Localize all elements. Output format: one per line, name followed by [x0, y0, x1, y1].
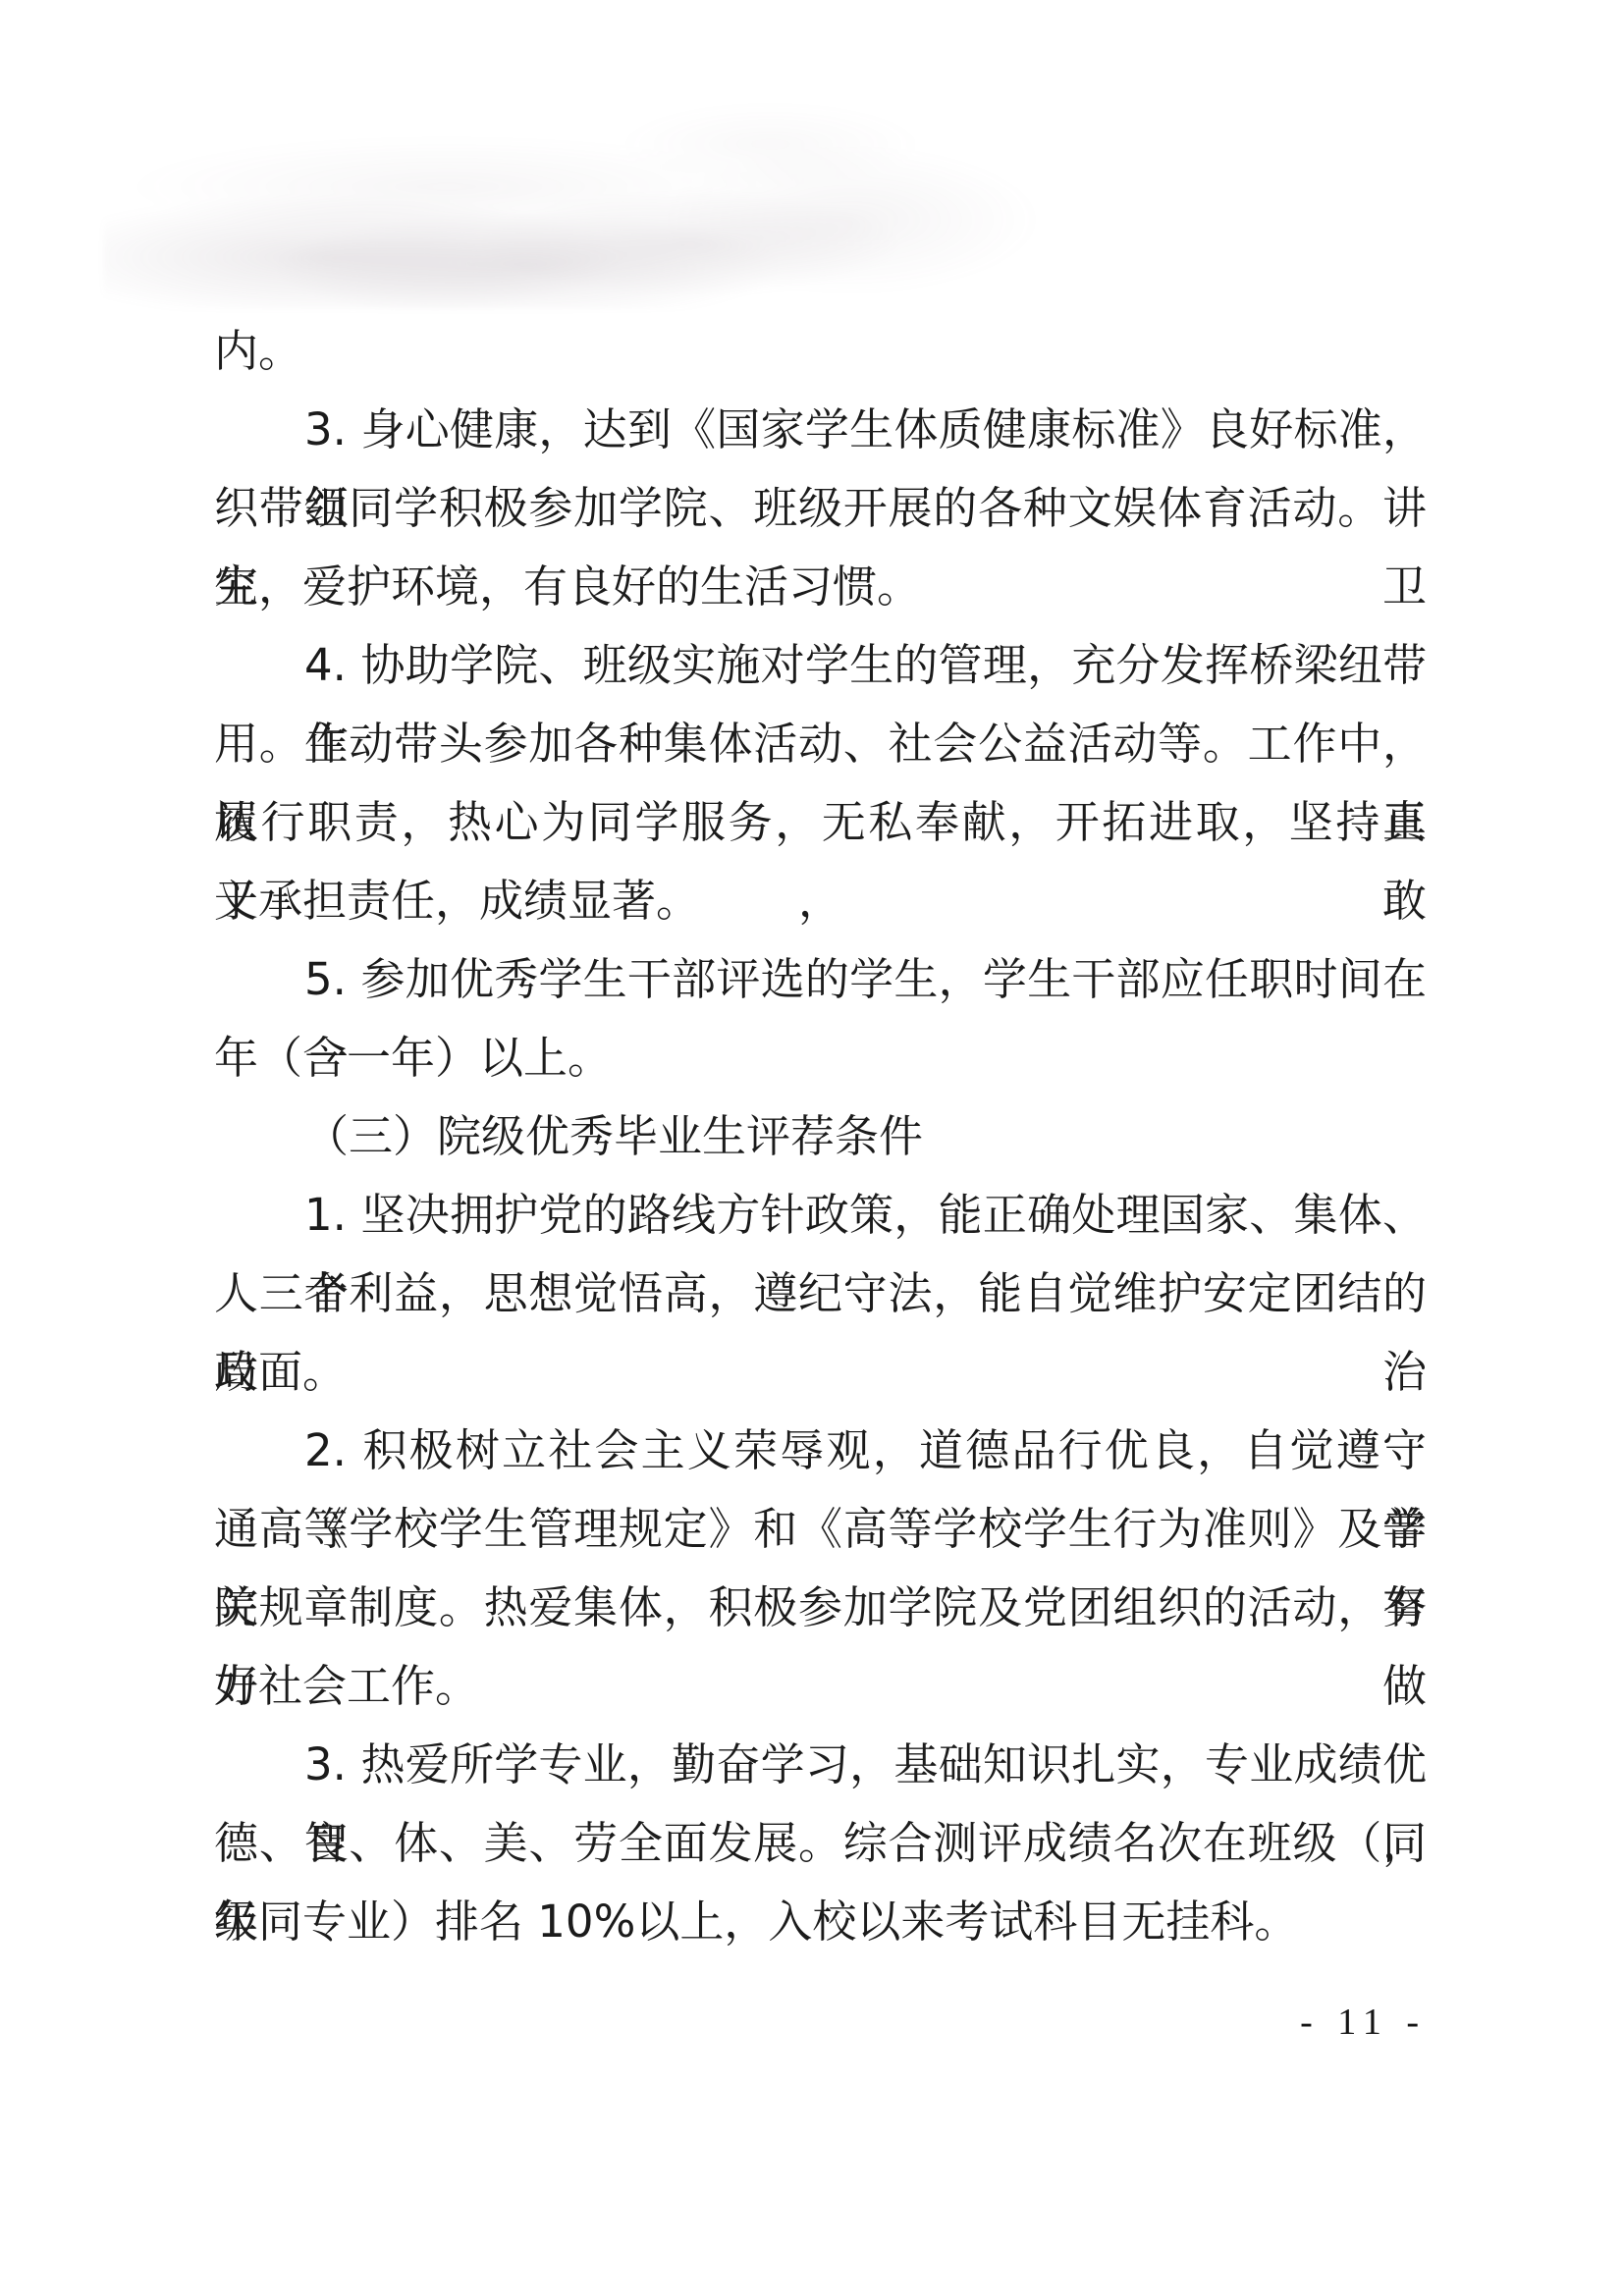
text-line: 3. 热爱所学专业，勤奋学习，基础知识扎实，专业成绩优良，: [214, 1726, 1427, 1804]
text-line: 履行职责，热心为同学服务，无私奉献，开拓进取，坚持正义，敢: [214, 783, 1427, 862]
text-line: 关规章制度。热爱集体，积极参加学院及党团组织的活动，努力做: [214, 1569, 1427, 1647]
text-line: 5. 参加优秀学生干部评选的学生，学生干部应任职时间在一: [214, 940, 1427, 1019]
page-number: - 11 -: [1300, 2001, 1427, 2044]
document-body: 内。3. 身心健康，达到《国家学生体质健康标准》良好标准，组织带领同学积极参加学…: [214, 312, 1427, 1961]
text-line: 德、智、体、美、劳全面发展。综合测评成绩名次在班级（同年: [214, 1804, 1427, 1883]
text-line: 2. 积极树立社会主义荣辱观，道德品行优良，自觉遵守《普: [214, 1412, 1427, 1490]
text-line: 通高等学校学生管理规定》和《高等学校学生行为准则》及学院有: [214, 1490, 1427, 1569]
text-line: 织带领同学积极参加学院、班级开展的各种文娱体育活动。讲究卫: [214, 469, 1427, 548]
scanned-document-page: 内。3. 身心健康，达到《国家学生体质健康标准》良好标准，组织带领同学积极参加学…: [0, 0, 1623, 2296]
text-line: 1. 坚决拥护党的路线方针政策，能正确处理国家、集体、个: [214, 1176, 1427, 1255]
text-line: 4. 协助学院、班级实施对学生的管理，充分发挥桥梁纽带作: [214, 626, 1427, 705]
text-line: （三）院级优秀毕业生评荐条件: [214, 1097, 1427, 1176]
text-line: 3. 身心健康，达到《国家学生体质健康标准》良好标准，组: [214, 391, 1427, 469]
text-line: 级同专业）排名 10%以上，入校以来考试科目无挂科。: [214, 1883, 1427, 1961]
text-line: 年（含一年）以上。: [214, 1019, 1427, 1097]
text-line: 内。: [214, 312, 1427, 391]
text-line: 用。主动带头参加各种集体活动、社会公益活动等。工作中，认真: [214, 705, 1427, 783]
text-line: 人三者利益，思想觉悟高，遵纪守法，能自觉维护安定团结的政治: [214, 1255, 1427, 1333]
scan-bleedthrough-smudge: [103, 74, 1114, 309]
